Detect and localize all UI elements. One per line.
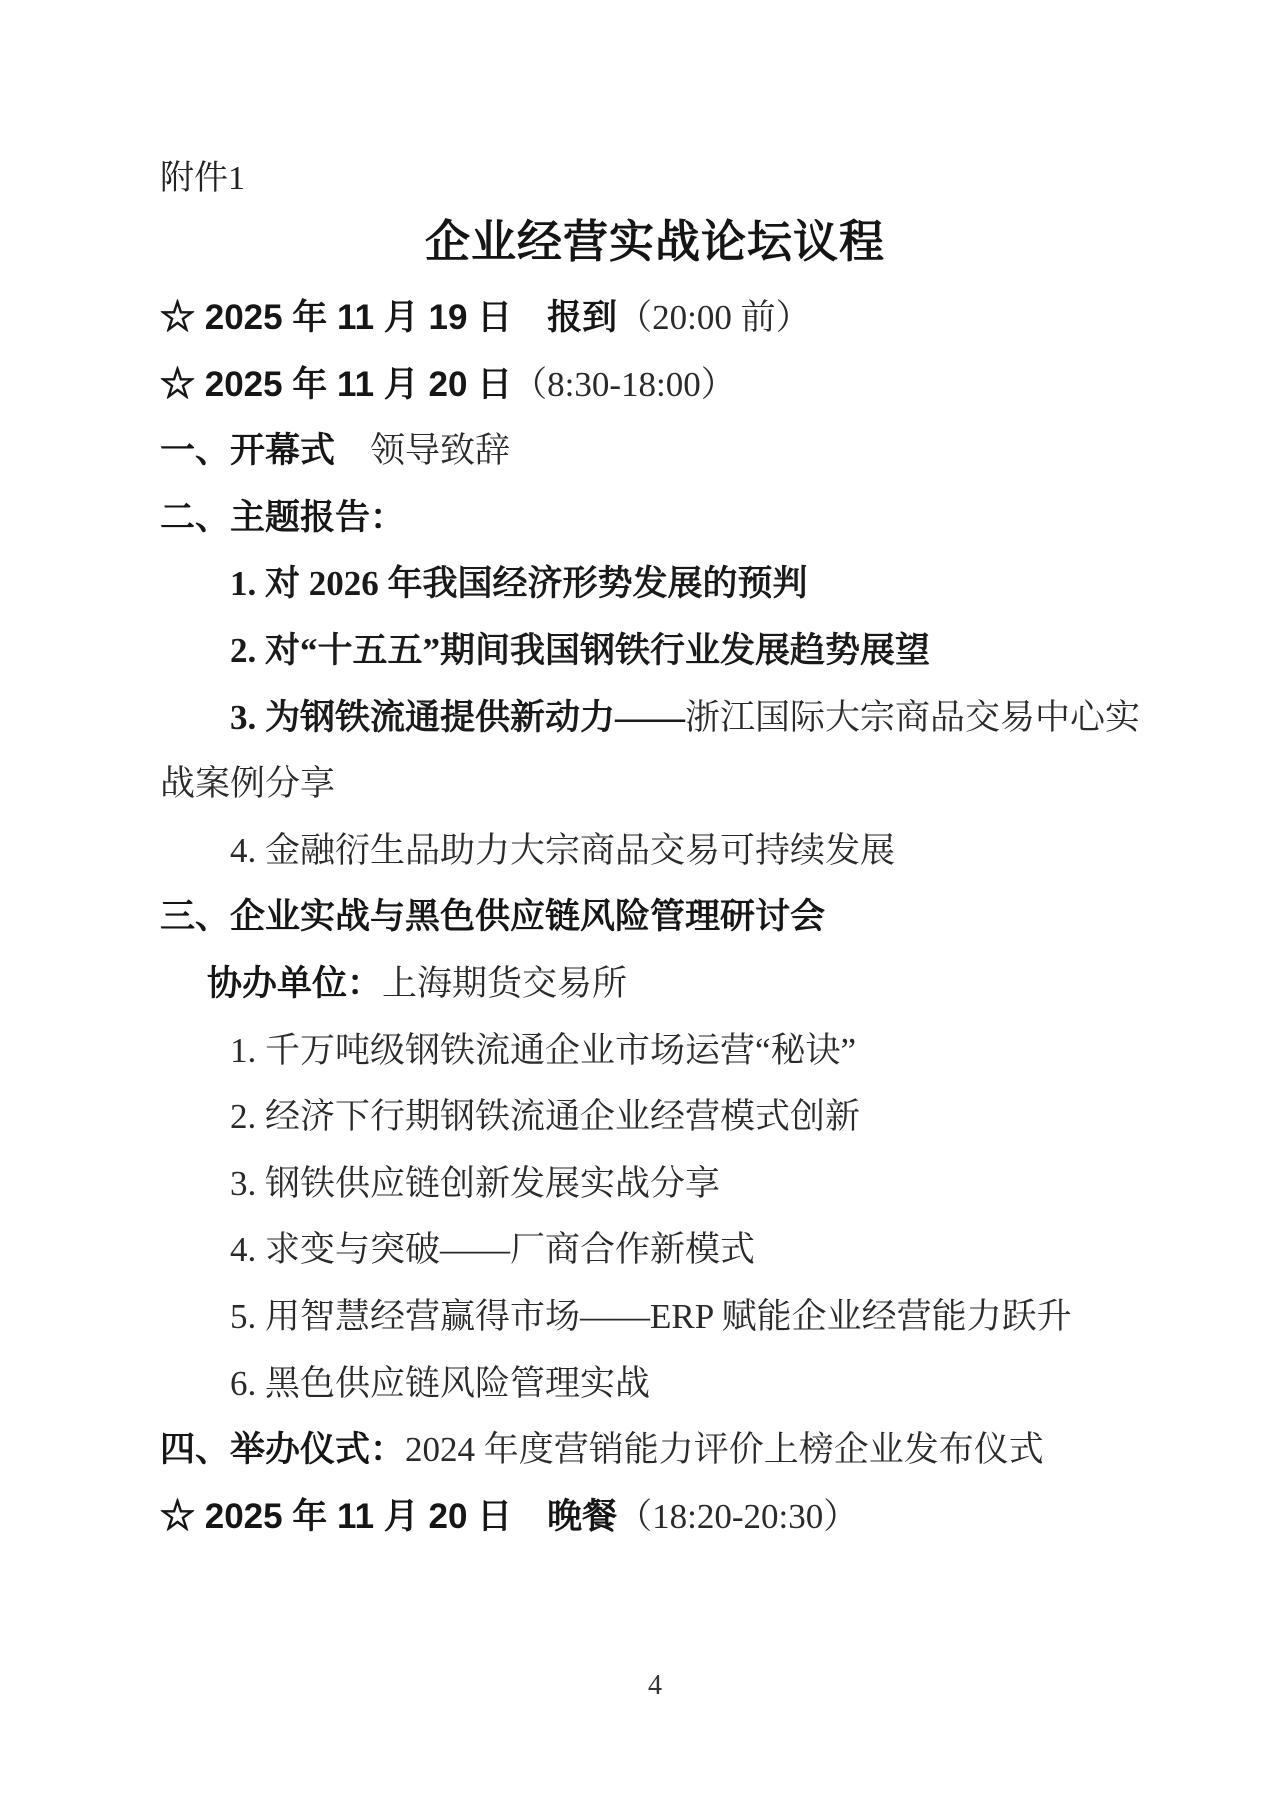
text-segment: 上海期货交易所 [382, 964, 627, 1003]
line-keynote-item-3-wrap: 战案例分享 [160, 751, 1155, 818]
text-segment: 浙江国际大宗商品交易中心实 [685, 698, 1140, 737]
text-segment: 3. 钢铁供应链创新发展实战分享 [230, 1164, 720, 1203]
line-dinner: ☆ 2025 年 11 月 20 日 晚餐（18:20-20:30） [160, 1484, 1155, 1551]
line-seminar-item-6: 6. 黑色供应链风险管理实战 [160, 1351, 1155, 1418]
text-segment: 4. 求变与突破——厂商合作新模式 [230, 1230, 755, 1269]
line-section-3-seminar: 三、企业实战与黑色供应链风险管理研讨会 [160, 884, 1155, 951]
text-segment: 一、开幕式 [160, 431, 335, 470]
line-section-4-award-ceremony: 四、举办仪式：2024 年度营销能力评价上榜企业发布仪式 [160, 1417, 1155, 1484]
agenda-body: ☆ 2025 年 11 月 19 日 报到（20:00 前）☆ 2025 年 1… [160, 285, 1155, 1550]
line-seminar-item-1: 1. 千万吨级钢铁流通企业市场运营“秘诀” [160, 1018, 1155, 1085]
text-segment: 领导致辞 [335, 431, 510, 470]
line-keynote-item-3: 3. 为钢铁流通提供新动力——浙江国际大宗商品交易中心实 [160, 685, 1155, 752]
text-segment: ☆ 2025 年 11 月 19 日 报到 [160, 298, 617, 337]
text-segment: 6. 黑色供应链风险管理实战 [230, 1364, 650, 1403]
page-title: 企业经营实战论坛议程 [160, 210, 1150, 274]
line-seminar-item-5: 5. 用智慧经营赢得市场——ERP 赋能企业经营能力跃升 [160, 1284, 1155, 1351]
page-number: 4 [160, 1668, 1150, 1704]
text-segment: 四、举办仪式： [160, 1430, 405, 1469]
text-segment: 协办单位： [207, 964, 382, 1003]
text-segment: 3. 为钢铁流通提供新动力—— [230, 698, 685, 737]
text-segment: ☆ 2025 年 11 月 20 日 [160, 365, 512, 404]
text-segment: （8:30-18:00） [512, 365, 736, 404]
text-segment: 2024 年度营销能力评价上榜企业发布仪式 [405, 1430, 1044, 1469]
line-seminar-item-2: 2. 经济下行期钢铁流通企业经营模式创新 [160, 1084, 1155, 1151]
line-checkin-day: ☆ 2025 年 11 月 19 日 报到（20:00 前） [160, 285, 1155, 352]
document-page: 附件1 企业经营实战论坛议程 ☆ 2025 年 11 月 19 日 报到（20:… [0, 0, 1280, 1810]
text-segment: ☆ 2025 年 11 月 20 日 晚餐 [160, 1497, 617, 1536]
line-co-organizer: 协办单位：上海期货交易所 [160, 951, 1155, 1018]
text-segment: 5. 用智慧经营赢得市场——ERP 赋能企业经营能力跃升 [230, 1297, 1072, 1336]
text-segment: 1. 千万吨级钢铁流通企业市场运营“秘诀” [230, 1031, 856, 1070]
text-segment: 2. 对“十五五”期间我国钢铁行业发展趋势展望 [230, 631, 930, 670]
line-seminar-item-3: 3. 钢铁供应链创新发展实战分享 [160, 1151, 1155, 1218]
line-seminar-item-4: 4. 求变与突破——厂商合作新模式 [160, 1217, 1155, 1284]
text-segment: 战案例分享 [160, 764, 335, 803]
text-segment: （20:00 前） [617, 298, 810, 337]
text-segment: 4. 金融衍生品助力大宗商品交易可持续发展 [230, 831, 895, 870]
text-segment: （18:20-20:30） [617, 1497, 858, 1536]
line-keynote-item-4: 4. 金融衍生品助力大宗商品交易可持续发展 [160, 818, 1155, 885]
line-section-2-keynote-reports: 二、主题报告： [160, 485, 1155, 552]
text-segment: 三、企业实战与黑色供应链风险管理研讨会 [160, 897, 825, 936]
text-segment: 二、主题报告： [160, 498, 405, 537]
text-segment: 2. 经济下行期钢铁流通企业经营模式创新 [230, 1097, 860, 1136]
line-keynote-item-2: 2. 对“十五五”期间我国钢铁行业发展趋势展望 [160, 618, 1155, 685]
text-segment: 1. 对 2026 年我国经济形势发展的预判 [230, 564, 808, 603]
line-forum-day: ☆ 2025 年 11 月 20 日（8:30-18:00） [160, 352, 1155, 419]
line-keynote-item-1: 1. 对 2026 年我国经济形势发展的预判 [160, 551, 1155, 618]
attachment-label: 附件1 [160, 157, 245, 201]
line-section-1-opening-ceremony: 一、开幕式 领导致辞 [160, 418, 1155, 485]
